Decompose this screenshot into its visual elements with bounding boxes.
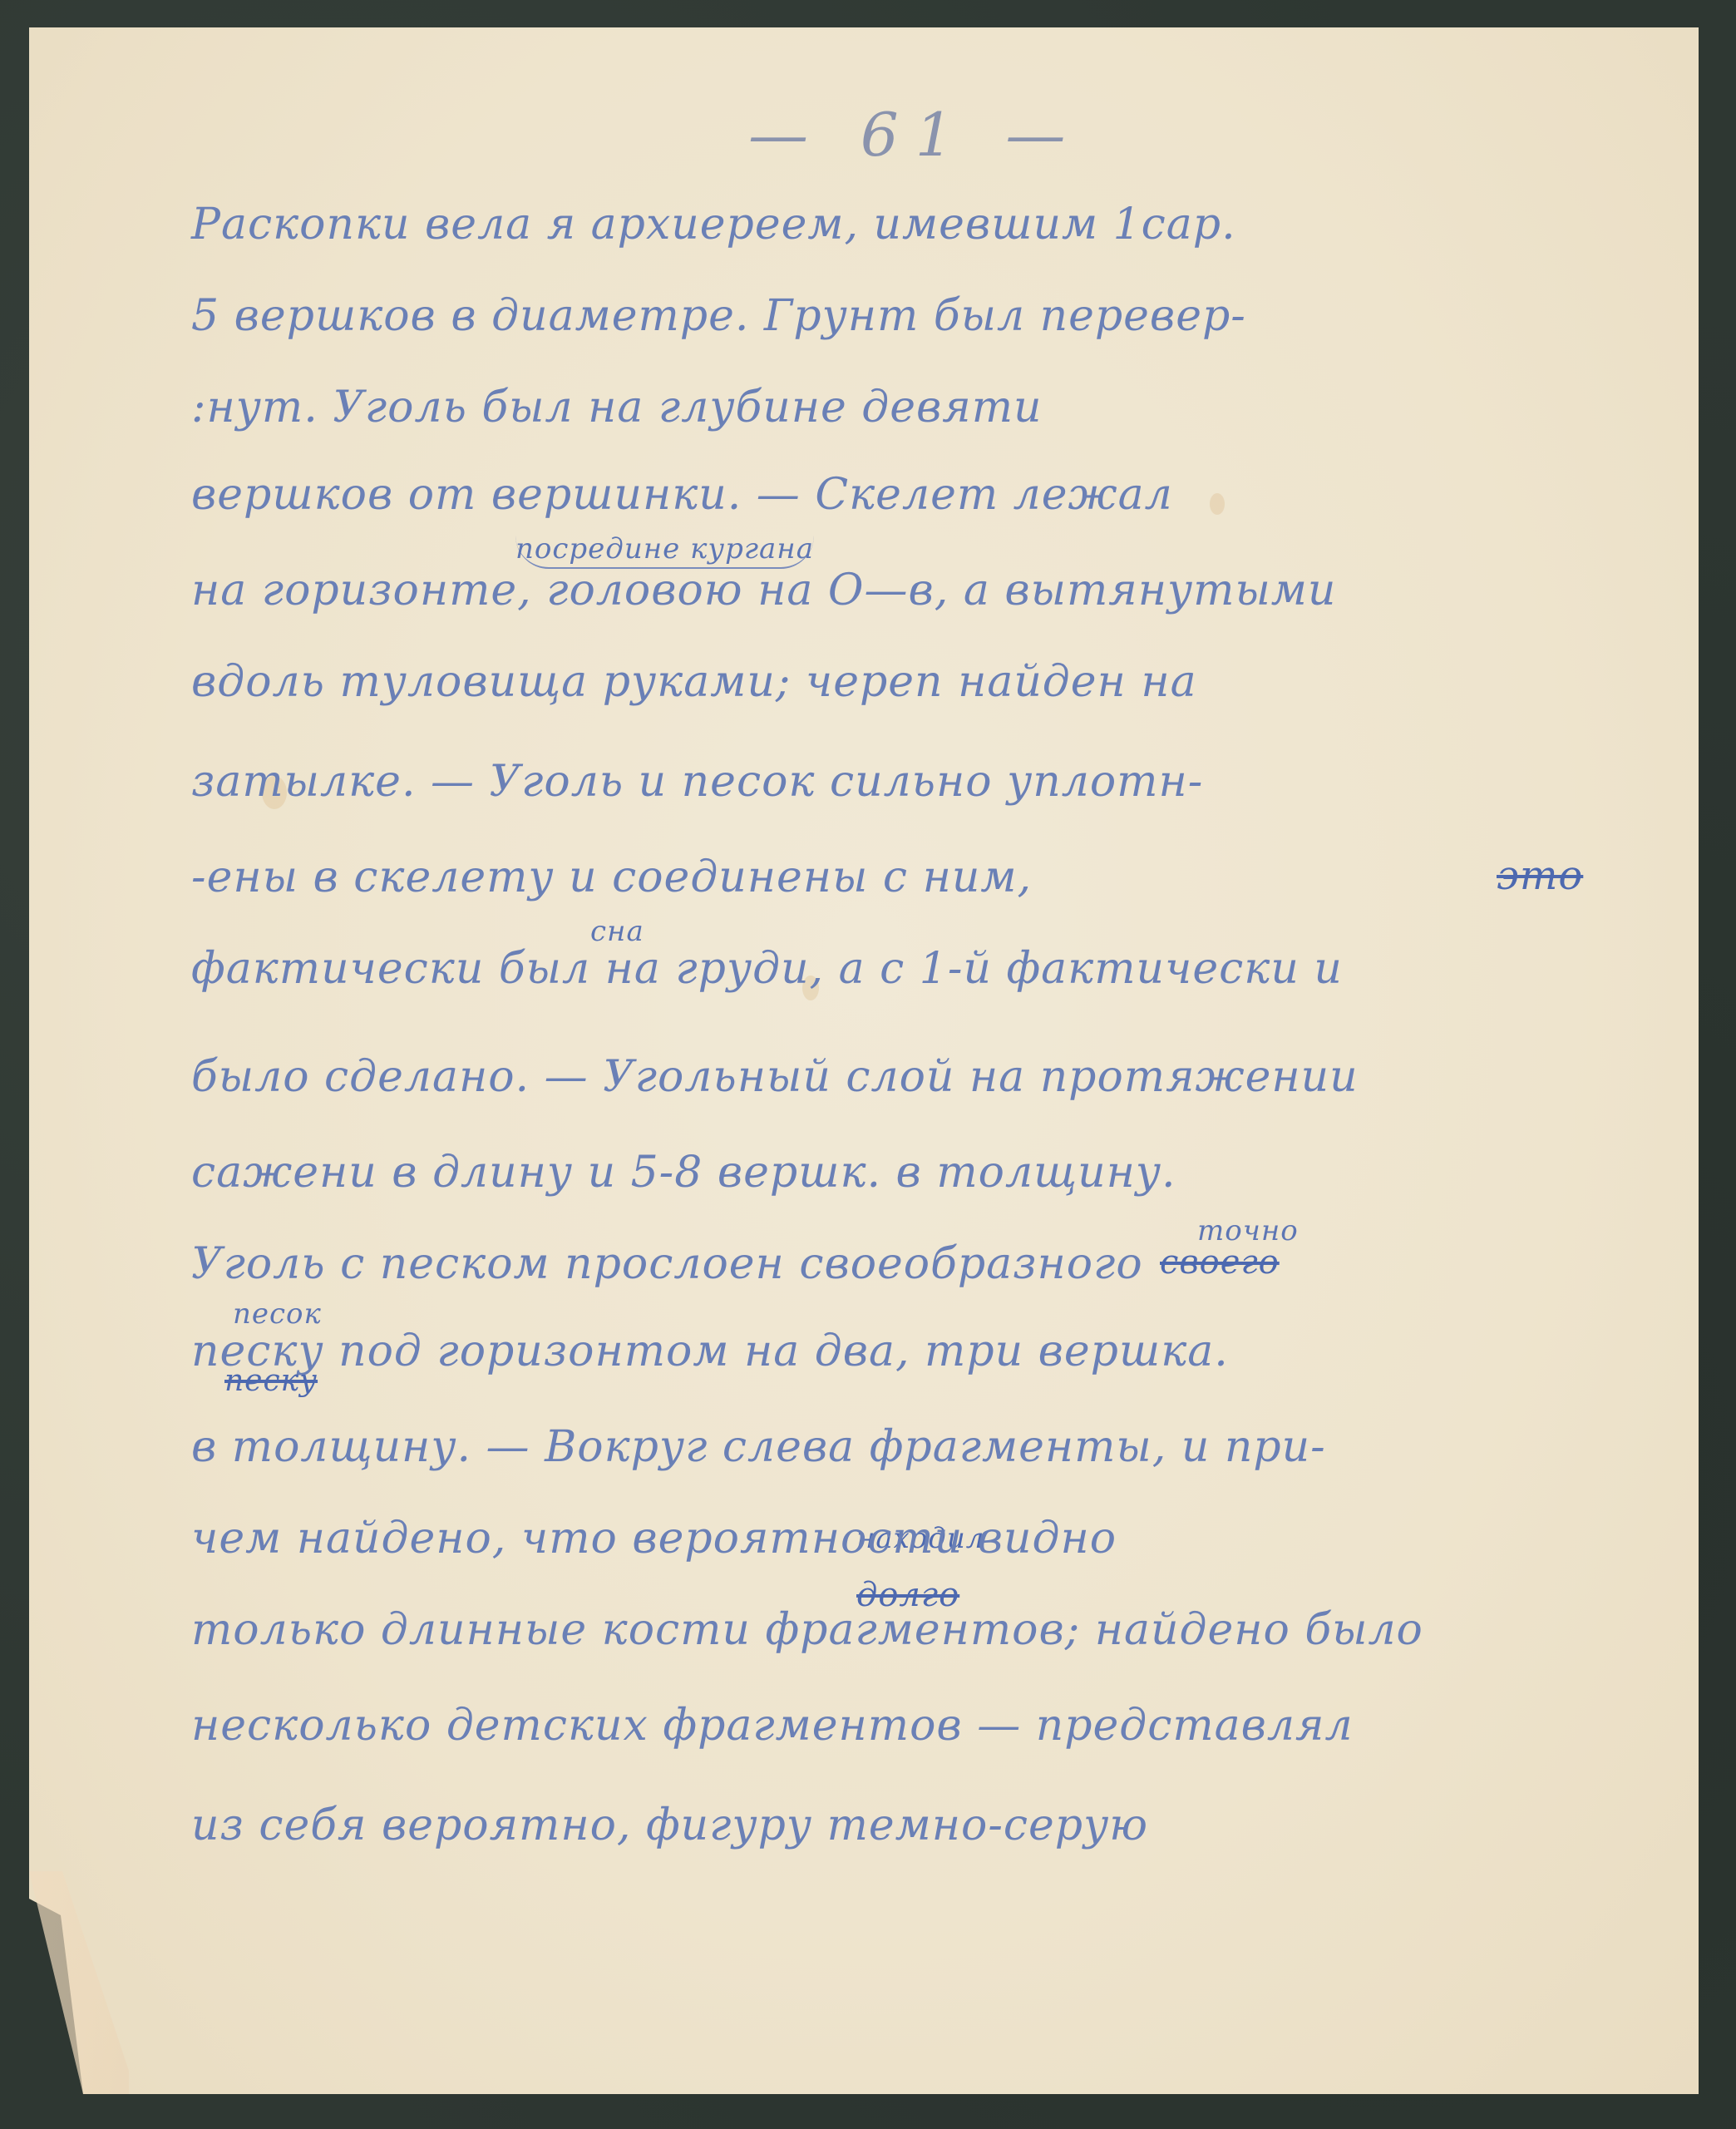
paper-stain bbox=[1210, 493, 1225, 515]
manuscript-line-16: только длинные кости фрагментов; найдено… bbox=[191, 1605, 1423, 1655]
manuscript-line-14: в толщину. — Вокруг слева фрагменты, и п… bbox=[191, 1422, 1326, 1472]
manuscript-line-10: было сделано. — Угольный слой на протяже… bbox=[191, 1052, 1359, 1102]
manuscript-line-4: вершков от вершинки. — Скелет лежал bbox=[191, 470, 1173, 520]
manuscript-line-15: чем найдено, что вероятности видно bbox=[191, 1514, 1117, 1563]
interlinear-insert-3: точно bbox=[1197, 1214, 1299, 1247]
strikethrough-word-2: своего bbox=[1160, 1243, 1280, 1282]
manuscript-line-8: -ены в скелету и соединены с ним, bbox=[191, 852, 1032, 902]
manuscript-line-13: песку под горизонтом на два, три вершка. bbox=[191, 1326, 1229, 1376]
manuscript-line-12: Уголь с песком прослоен своеобразного bbox=[191, 1239, 1143, 1289]
manuscript-line-11: сажени в длину и 5-8 вершк. в толщину. bbox=[191, 1148, 1176, 1198]
manuscript-line-17: несколько детских фрагментов — представл… bbox=[191, 1701, 1354, 1751]
manuscript-line-2: 5 вершков в диаметре. Грунт был перевер- bbox=[191, 291, 1246, 341]
manuscript-line-7: затылке. — Уголь и песок сильно уплотн- bbox=[191, 757, 1203, 807]
page-number: — 61 — bbox=[748, 100, 1082, 170]
strikethrough-word-3: песку bbox=[224, 1364, 318, 1398]
manuscript-line-3: :нут. Уголь был на глубине девяти bbox=[191, 383, 1043, 432]
manuscript-line-5: на горизонте, головою на О—в, а вытянуты… bbox=[191, 566, 1336, 615]
strikethrough-word-1: это bbox=[1497, 852, 1583, 899]
interlinear-insert-2: сна bbox=[590, 915, 644, 948]
interlinear-insert-4: песок bbox=[233, 1297, 322, 1331]
manuscript-line-9: фактически был на груди, а с 1-й фактиче… bbox=[191, 944, 1343, 994]
manuscript-line-1: Раскопки вела я архиереем, имевшим 1сар. bbox=[191, 200, 1236, 249]
interlinear-insert-1: посредине кургана bbox=[515, 532, 814, 569]
manuscript-line-18: из себя вероятно, фигуру темно-серую bbox=[191, 1801, 1148, 1850]
manuscript-line-6: вдоль туловища руками; череп найден на bbox=[191, 657, 1197, 707]
